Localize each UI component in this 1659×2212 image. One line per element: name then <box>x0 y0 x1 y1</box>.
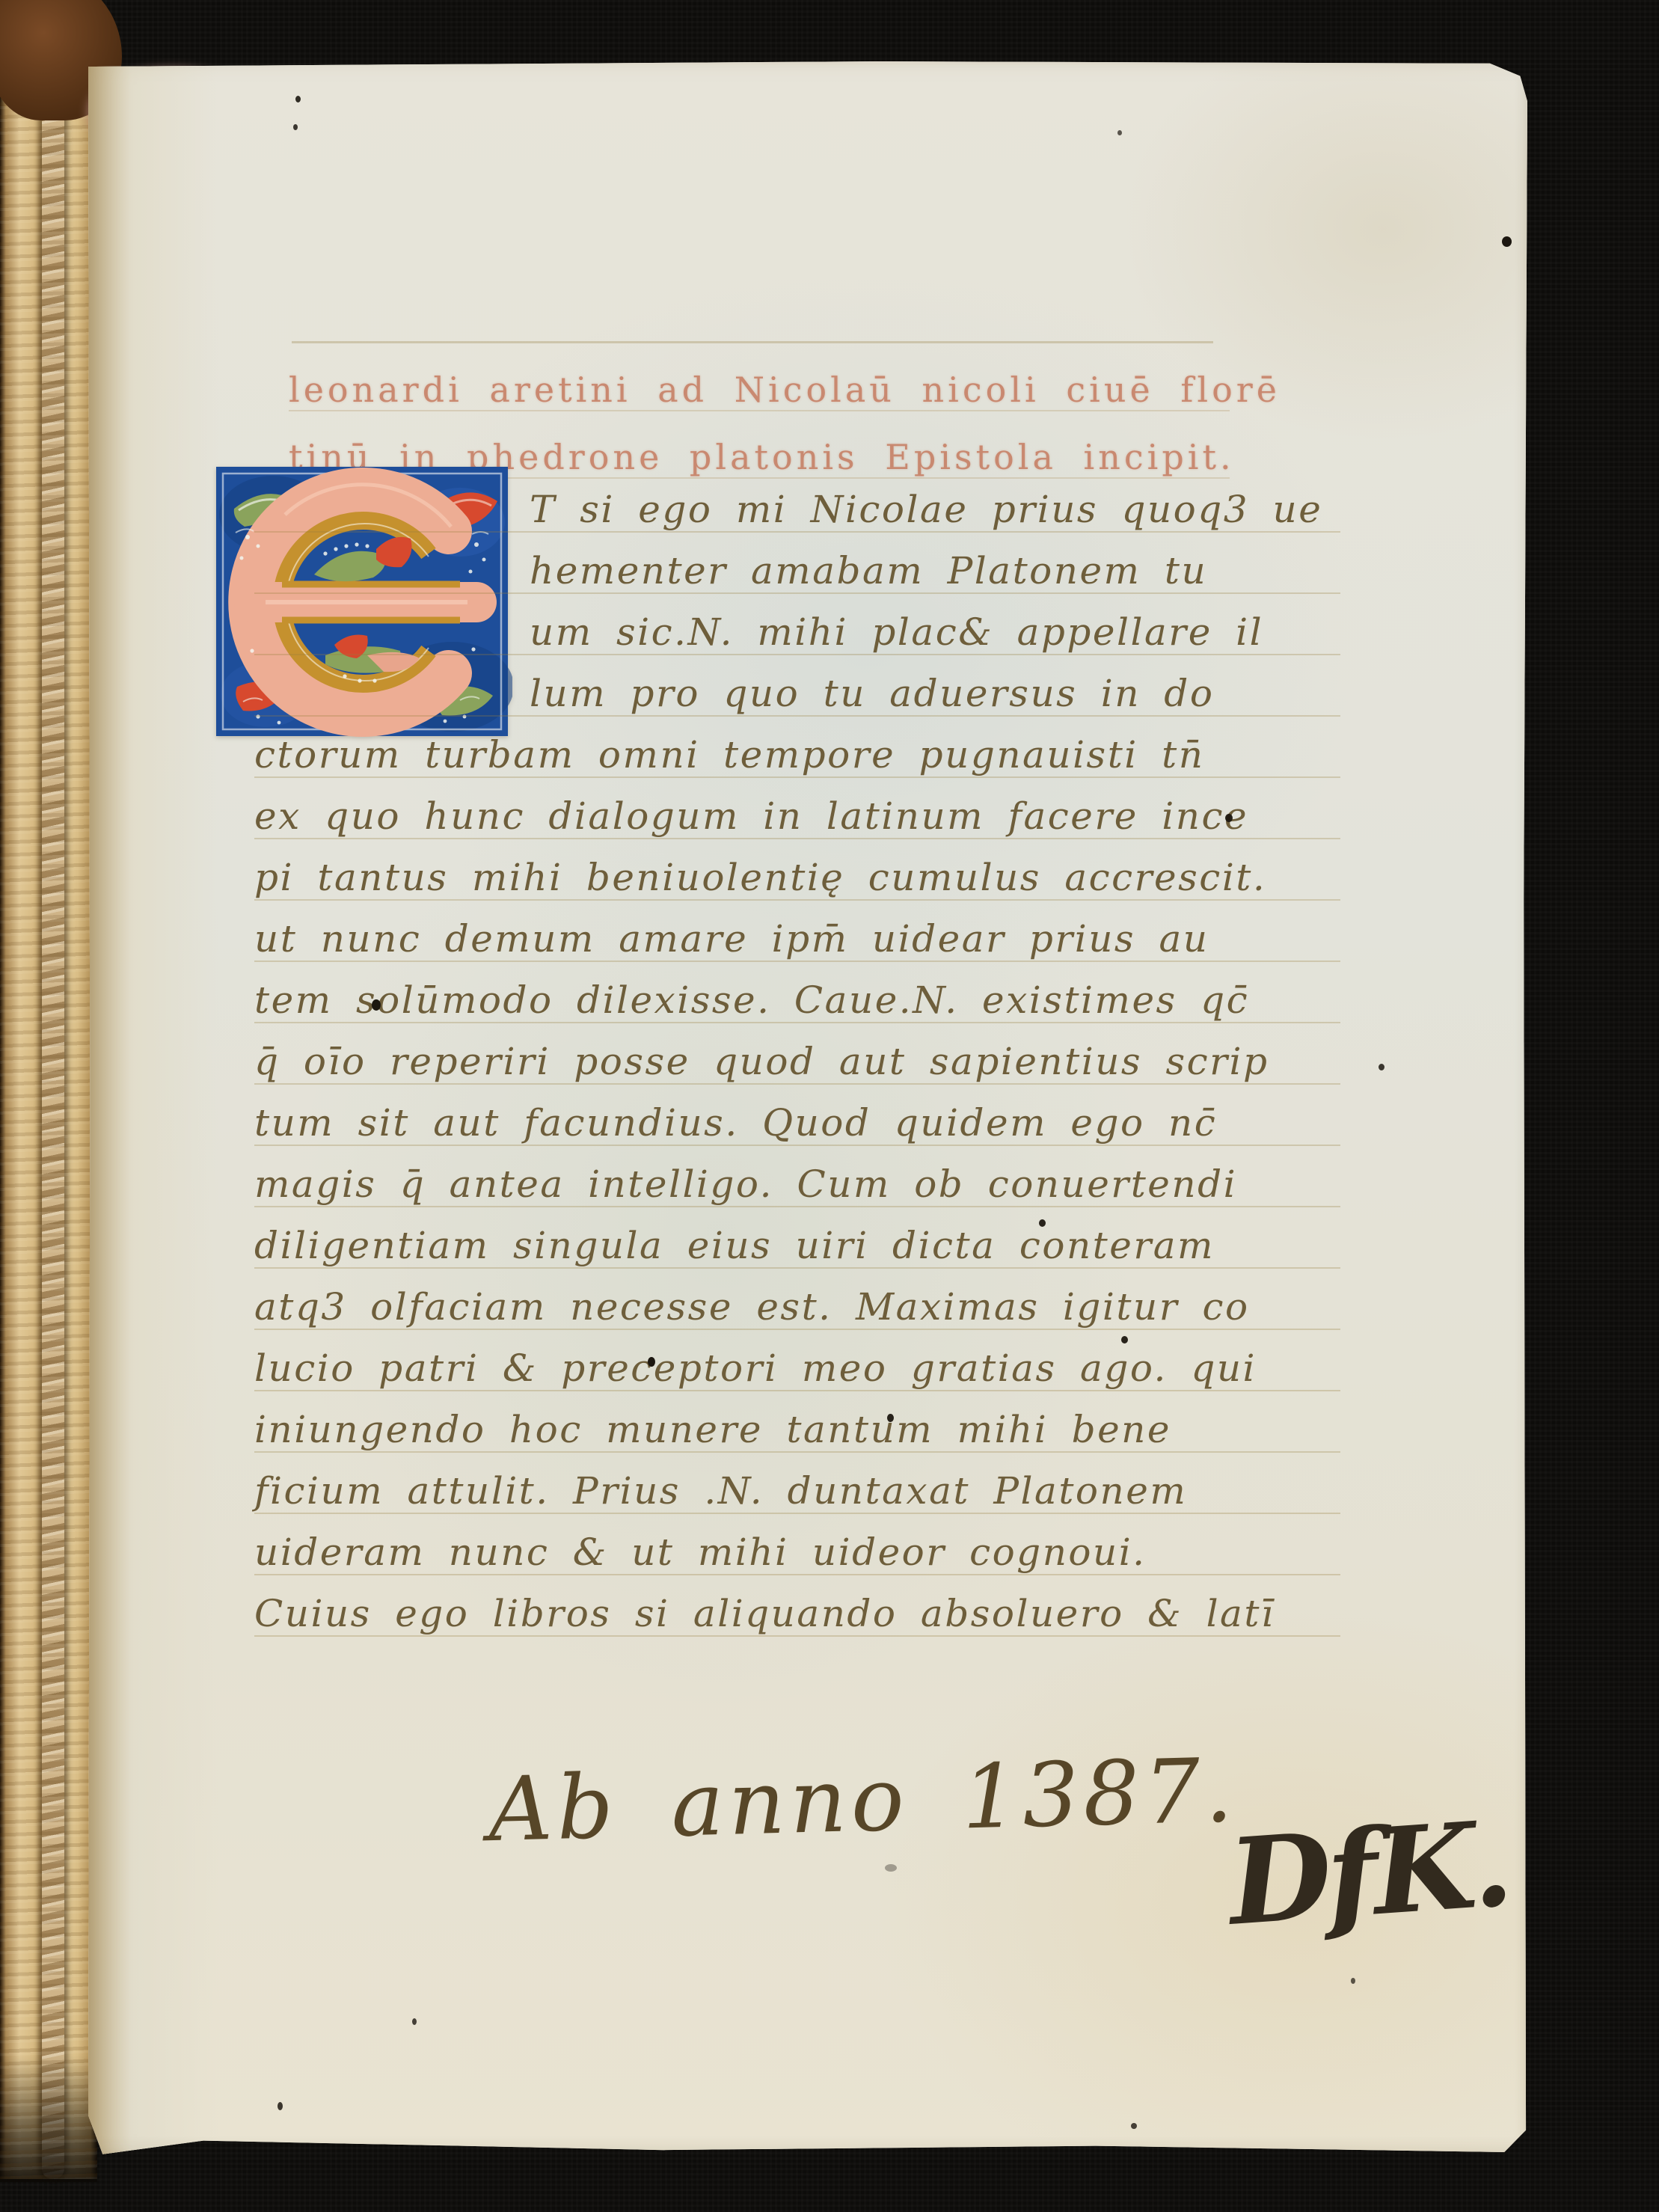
ink-speck <box>293 124 298 130</box>
rubric-line: leonardi aretini ad Nicolaū nicoli ciuē … <box>289 344 1230 411</box>
rubric: leonardi aretini ad Nicolaū nicoli ciuē … <box>289 344 1230 479</box>
text-line: ex quo hunc dialogum in latinum facere i… <box>254 778 1340 839</box>
ink-speck <box>295 96 301 102</box>
text-line: atq3 olfaciam necesse est. Maximas igitu… <box>254 1269 1340 1330</box>
ink-speck <box>1121 1336 1128 1344</box>
book-spine <box>0 13 97 2179</box>
text-line: uideram nunc & ut mihi uideor cognoui. <box>254 1514 1340 1575</box>
ink-speck <box>1117 130 1122 135</box>
text-line: T si ego mi Nicolae prius quoq3 ue <box>254 471 1340 533</box>
ink-speck <box>648 1357 655 1367</box>
ink-speck <box>1379 1064 1384 1070</box>
text-line: ut nunc demum amare ipm̄ uidear prius au <box>254 901 1340 962</box>
ink-speck <box>1039 1219 1046 1227</box>
monogram-annotation: DfK. <box>1224 1795 1512 1952</box>
text-line: ficium attulit. Prius .N. duntaxat Plato… <box>254 1453 1340 1514</box>
ink-speck <box>887 1414 894 1422</box>
ink-speck <box>1351 1978 1355 1984</box>
ruling-line <box>292 341 1213 343</box>
ink-speck <box>1225 814 1233 822</box>
text-line: magis q̄ antea intelligo. Cum ob conuert… <box>254 1146 1340 1207</box>
text-line: lucio patri & preceptori meo gratias ago… <box>254 1330 1340 1391</box>
ink-speck <box>1131 2123 1137 2129</box>
text-line: q̄ oīo reperiri posse quod aut sapientiu… <box>254 1023 1340 1085</box>
body-text: T si ego mi Nicolae prius quoq3 uehement… <box>254 471 1340 1637</box>
text-line: um sic.N. mihi plac& appellare il <box>254 594 1340 655</box>
ink-speck <box>372 999 381 1011</box>
spine-shadow <box>0 2055 97 2182</box>
ink-speck <box>885 1864 897 1872</box>
date-annotation: Ab anno 1387. <box>487 1738 1238 1861</box>
ink-speck <box>277 2102 283 2110</box>
text-line: tum sit aut facundius. Quod quidem ego n… <box>254 1085 1340 1146</box>
sewing-cord <box>42 13 64 2179</box>
text-line: iniungendo hoc munere tantum mihi bene <box>254 1391 1340 1453</box>
text-line: Cuius ego libros si aliquando absoluero … <box>254 1575 1340 1637</box>
text-line: ctorum turbam omni tempore pugnauisti tn… <box>254 717 1340 778</box>
manuscript-page: leonardi aretini ad Nicolaū nicoli ciuē … <box>88 61 1527 2157</box>
ink-speck <box>412 2018 417 2025</box>
text-line: lum pro quo tu aduersus in do <box>254 655 1340 717</box>
text-line: pi tantus mihi beniuolentię cumulus accr… <box>254 839 1340 901</box>
photograph-backdrop: leonardi aretini ad Nicolaū nicoli ciuē … <box>0 0 1659 2212</box>
text-line: tem solūmodo dilexisse. Caue.N. existime… <box>254 962 1340 1023</box>
text-line: hementer amabam Platonem tu <box>254 533 1340 594</box>
text-line: diligentiam singula eius uiri dicta cont… <box>254 1207 1340 1269</box>
ink-speck <box>1502 236 1512 247</box>
